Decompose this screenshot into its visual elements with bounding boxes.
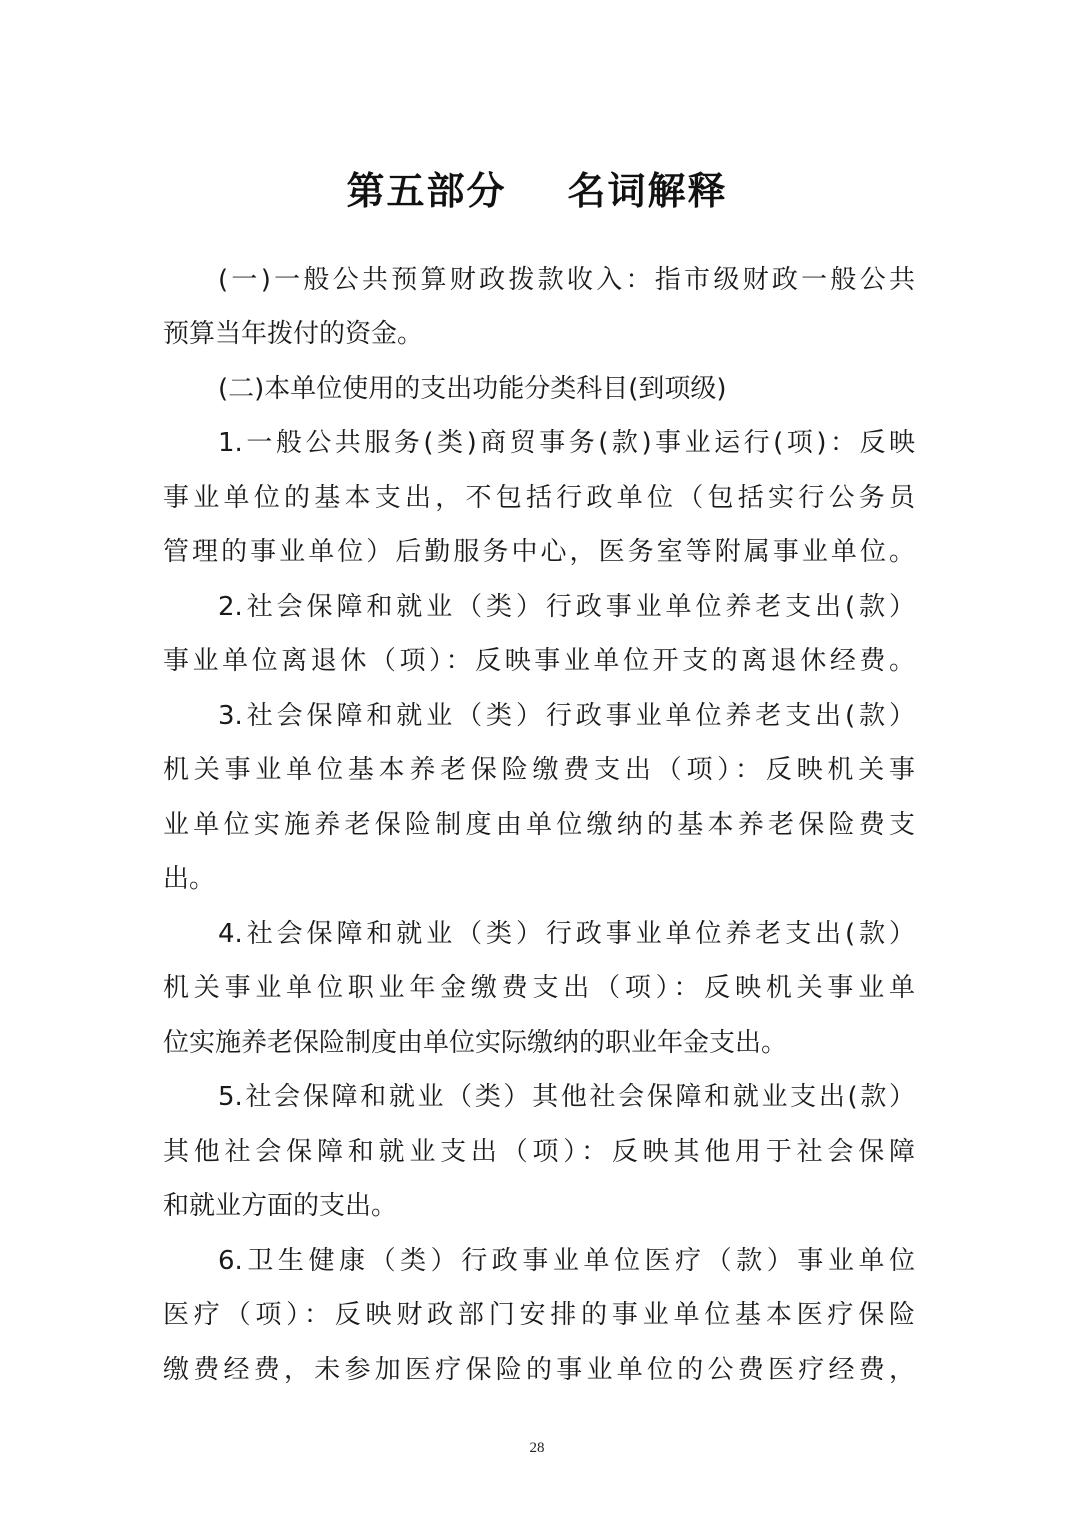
- paragraph-line: 3.社会保障和就业（类）行政事业单位养老支出(款）: [218, 698, 915, 734]
- paragraph-line: 2.社会保障和就业（类）行政事业单位养老支出(款）: [218, 589, 915, 625]
- paragraph-line: 和就业方面的支出。: [163, 1188, 915, 1224]
- paragraph-line: 事业单位离退休（项）：反映事业单位开支的离退休经费。: [163, 643, 915, 679]
- paragraph-line: 缴费经费，未参加医疗保险的事业单位的公费医疗经费，: [163, 1352, 915, 1388]
- paragraph-line: 机关事业单位职业年金缴费支出（项）：反映机关事业单: [163, 970, 915, 1006]
- paragraph-line: 4.社会保障和就业（类）行政事业单位养老支出(款）: [218, 916, 915, 952]
- paragraph-line: 其他社会保障和就业支出（项）：反映其他用于社会保障: [163, 1134, 915, 1170]
- paragraph-line: 1.一般公共服务(类)商贸事务(款)事业运行(项)：反映: [218, 425, 915, 461]
- paragraph-line: 位实施养老保险制度由单位实际缴纳的职业年金支出。: [163, 1025, 915, 1061]
- paragraph-line: 5.社会保障和就业（类）其他社会保障和就业支出(款）: [218, 1079, 915, 1115]
- paragraph-line: 机关事业单位基本养老保险缴费支出（项）：反映机关事: [163, 752, 915, 788]
- paragraph-line: 业单位实施养老保险制度由单位缴纳的基本养老保险费支: [163, 807, 915, 843]
- paragraph-line: 管理的事业单位）后勤服务中心，医务室等附属事业单位。: [163, 534, 915, 570]
- page-number: 28: [0, 1440, 1074, 1457]
- paragraph-line: (二)本单位使用的支出功能分类科目(到项级): [218, 371, 915, 407]
- paragraph-line: 出。: [163, 861, 915, 897]
- paragraph-line: 预算当年拨付的资金。: [163, 316, 915, 352]
- paragraph-line: (一)一般公共预算财政拨款收入：指市级财政一般公共: [218, 262, 915, 298]
- document-page: 第五部分 名词解释 (一)一般公共预算财政拨款收入：指市级财政一般公共预算当年拨…: [0, 0, 1074, 1520]
- page-title: 第五部分 名词解释: [0, 160, 1074, 215]
- paragraph-line: 医疗（项）：反映财政部门安排的事业单位基本医疗保险: [163, 1297, 915, 1333]
- paragraph-line: 事业单位的基本支出，不包括行政单位（包括实行公务员: [163, 480, 915, 516]
- paragraph-line: 6.卫生健康（类）行政事业单位医疗（款）事业单位: [218, 1243, 915, 1279]
